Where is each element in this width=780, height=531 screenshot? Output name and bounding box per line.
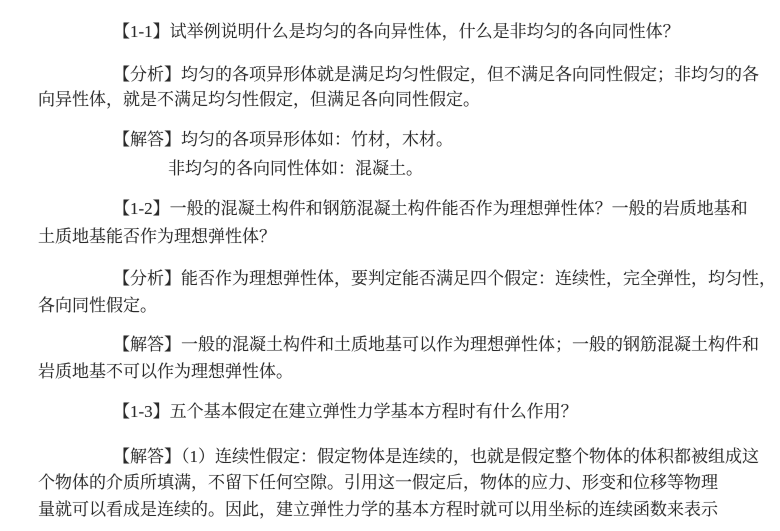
problem-1-2-analysis-line-1: 【分析】能否作为理想弹性体，要判定能否满足四个假定：连续性，完全弹性，均匀性， xyxy=(113,270,776,287)
problem-1-1-analysis-line-1: 【分析】均匀的各项异形体就是满足均匀性假定，但不满足各向同性假定；非均匀的各 xyxy=(113,66,759,83)
document-page: 【1-1】试举例说明什么是均匀的各向异性体，什么是非均匀的各向同性体？ 【分析】… xyxy=(0,0,780,531)
problem-1-3-answer-line-3: 量就可以看成是连续的。因此，建立弹性力学的基本方程时就可以用坐标的连续函数来表示 xyxy=(38,501,718,518)
problem-1-3-answer-line-1: 【解答】（1）连续性假定：假定物体是连续的，也就是假定整个物体的体积都被组成这 xyxy=(113,448,759,465)
problem-1-2-answer-line-1: 【解答】一般的混凝土构件和土质地基可以作为理想弹性体；一般的钢筋混凝土构件和 xyxy=(113,336,759,353)
problem-1-1-answer-line-2: 非均匀的各向同性体如：混凝土。 xyxy=(168,160,423,177)
problem-1-1-analysis-line-2: 向异性体，就是不满足均匀性假定，但满足各向同性假定。 xyxy=(38,91,480,108)
problem-1-1-question-line: 【1-1】试举例说明什么是均匀的各向异性体，什么是非均匀的各向同性体？ xyxy=(113,23,680,40)
problem-1-3-question-line: 【1-3】五个基本假定在建立弹性力学基本方程时有什么作用？ xyxy=(113,403,578,420)
problem-1-3-answer-line-2: 个物体的介质所填满，不留下任何空隙。引用这一假定后，物体的应力、形变和位移等物理 xyxy=(38,474,718,491)
problem-1-1-answer-line-1: 【解答】均匀的各项异形体如：竹材，木材。 xyxy=(113,131,453,148)
problem-1-2-answer-line-2: 岩质地基不可以作为理想弹性体。 xyxy=(38,363,293,380)
problem-1-2-question-line-1: 【1-2】一般的混凝土构件和钢筋混凝土构件能否作为理想弹性体？一般的岩质地基和 xyxy=(113,200,748,217)
problem-1-2-analysis-line-2: 各向同性假定。 xyxy=(38,297,157,314)
problem-1-2-question-line-2: 土质地基能否作为理想弹性体？ xyxy=(38,228,276,245)
